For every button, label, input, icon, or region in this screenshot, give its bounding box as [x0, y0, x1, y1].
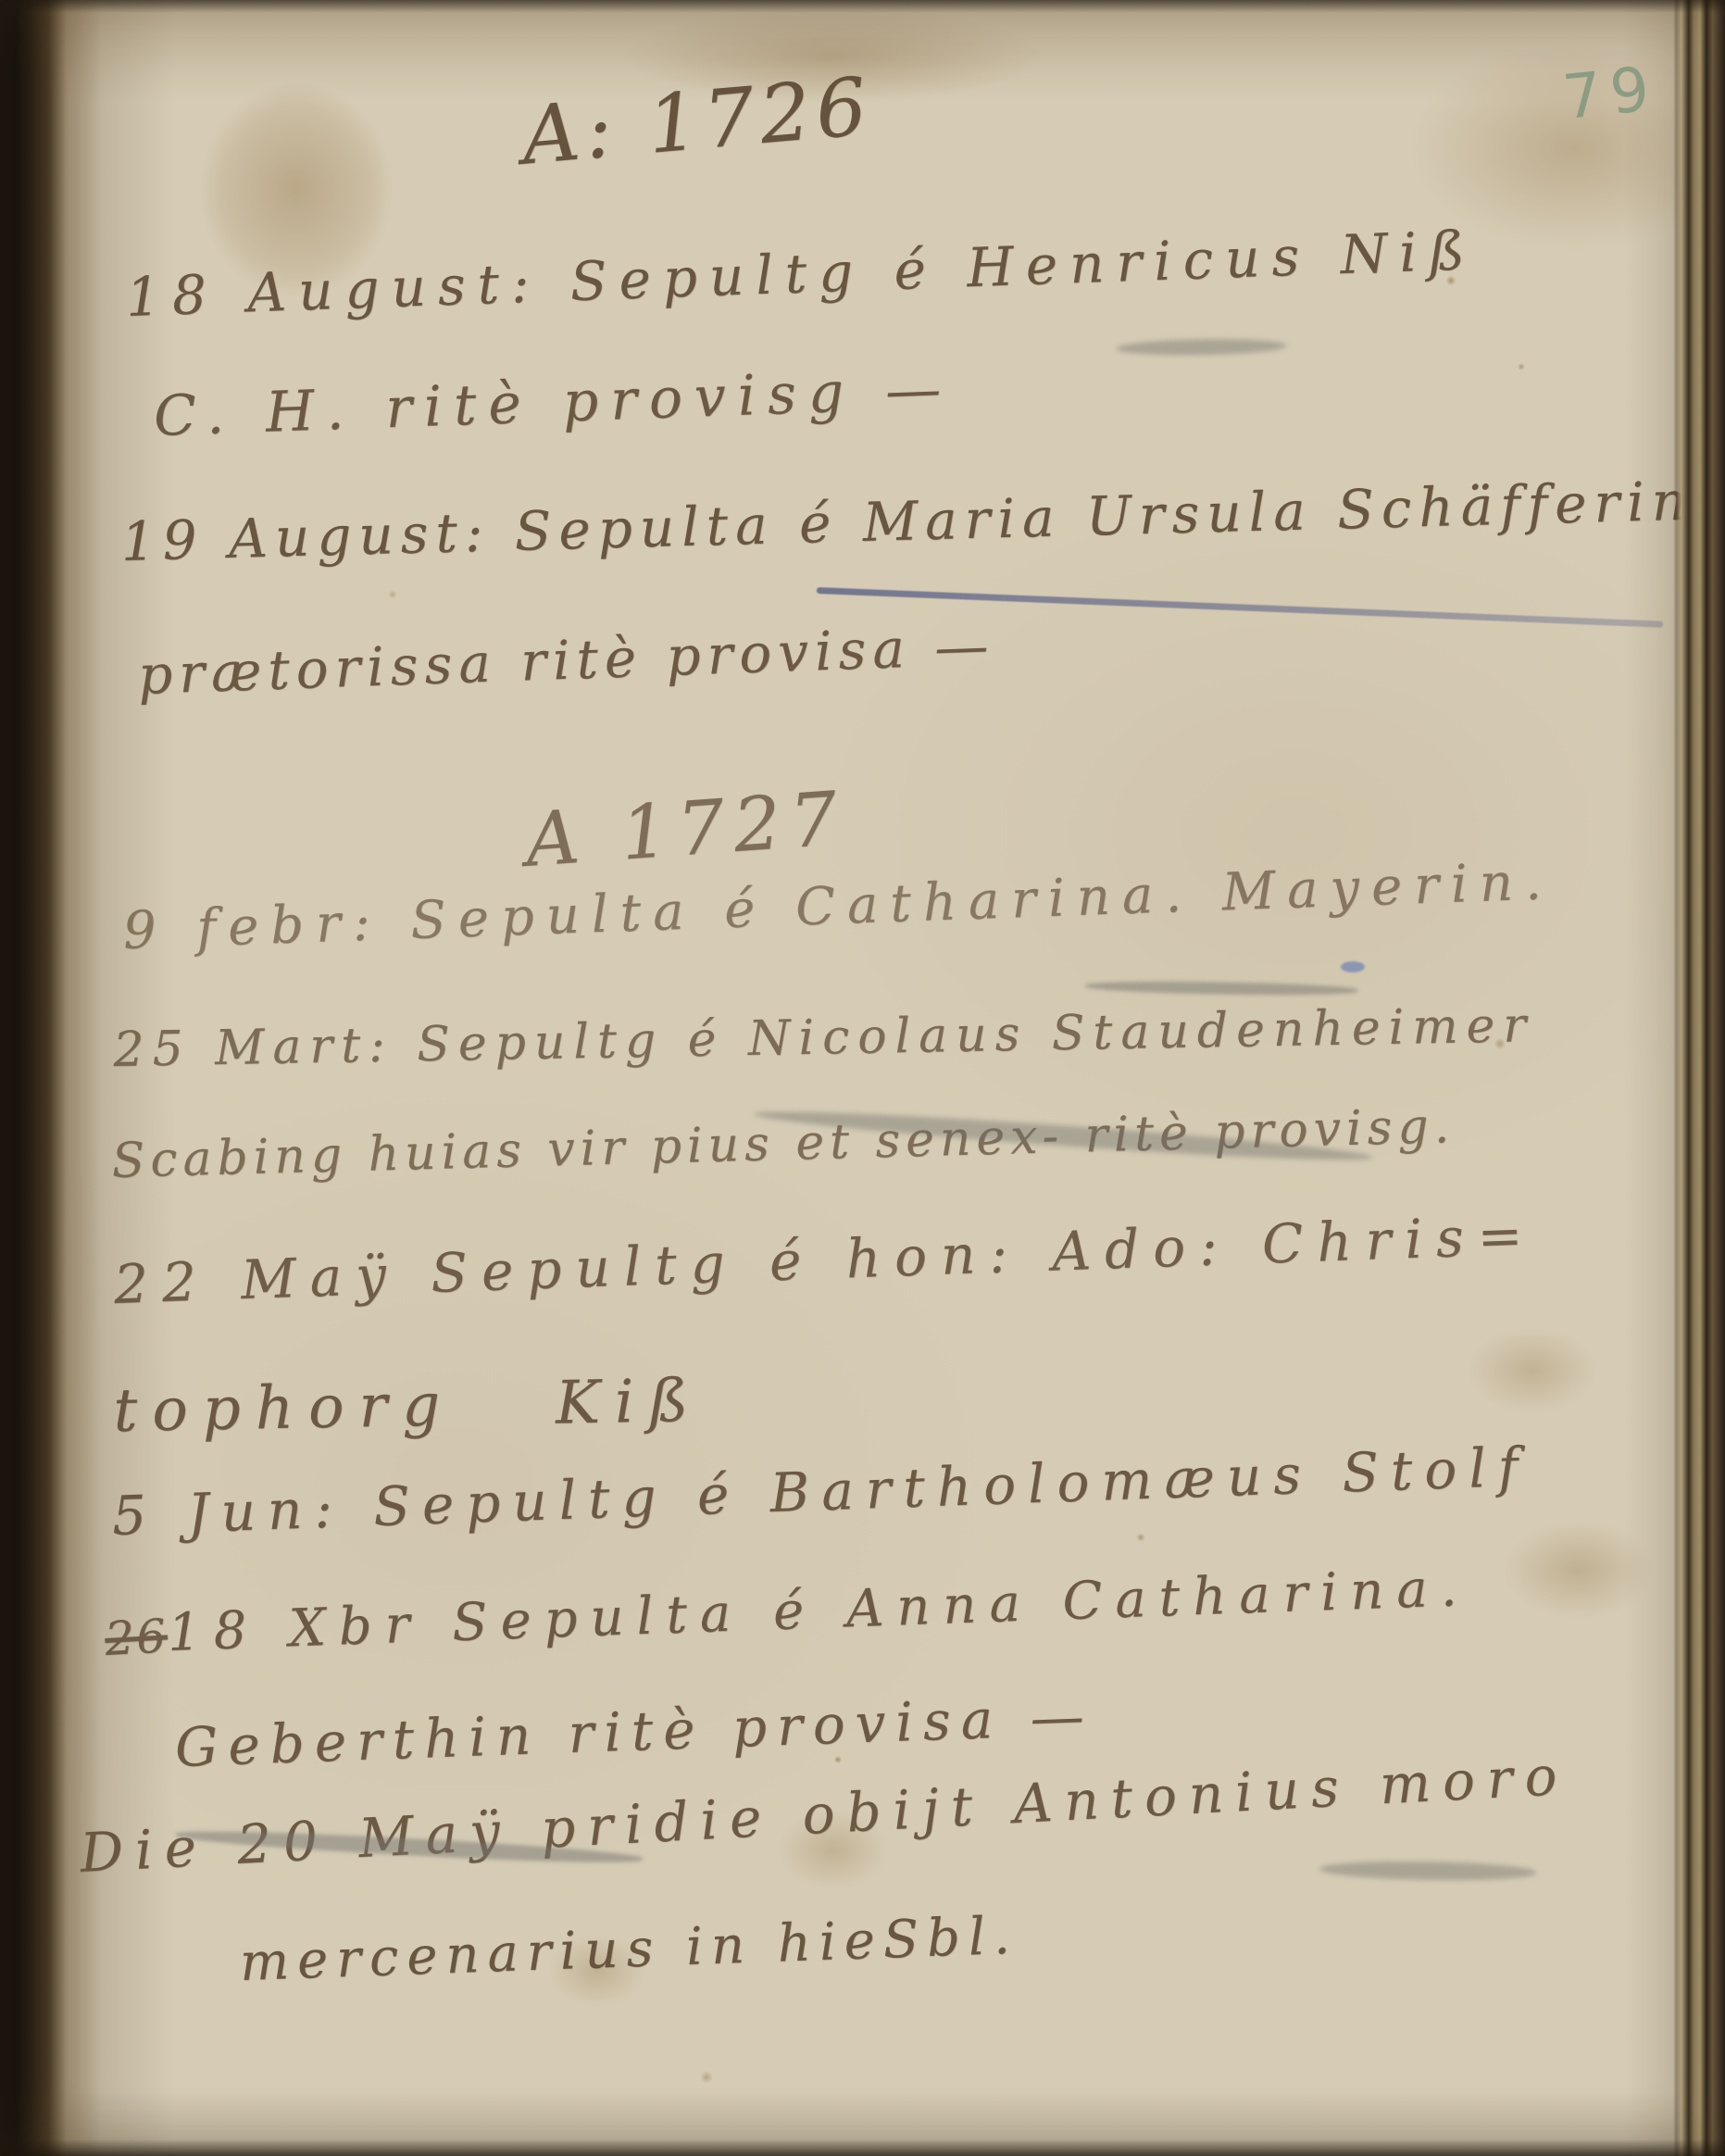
smudge-under-niss: [1116, 338, 1287, 357]
entry-25-mart: 25 Mart: Sepultg é Nicolaus Staudenheime…: [113, 1001, 1535, 1074]
entry-18-xbr-line2: Geberthin ritè provisa —: [174, 1688, 1094, 1774]
blue-speck: [1341, 961, 1365, 972]
entry-9-febr: 9 febr: Sepulta é Catharina. Mayerin.: [122, 856, 1555, 958]
scan-bottom-edge: [0, 2139, 1725, 2156]
entry-22-may-line2: tophorg Kiß: [113, 1372, 704, 1441]
year-header-1727: A 1727: [523, 782, 849, 878]
scanned-register-page: 79 A: 172618 August: Sepultg é Henricus …: [0, 0, 1725, 2156]
entry-die-20-may-line2: mercenarius in hieSbl.: [239, 1911, 1019, 1989]
entry-5-jun: 5 Jun: Sepultg é Bartholomæus Stolf: [111, 1440, 1531, 1543]
entry-19-august-line2: prætorissa ritè provisa —: [137, 619, 995, 702]
entry-19-august: 19 August: Sepulta é Maria Ursula Schäff…: [120, 474, 1694, 569]
entry-22-may: 22 Maÿ Sepultg é hon: Ado: Chris=: [113, 1208, 1537, 1311]
book-fore-edge: [1673, 0, 1725, 2156]
book-spine-edge: [0, 0, 102, 2156]
year-header-1726: A: 1726: [519, 67, 875, 177]
scan-top-edge: [0, 0, 1725, 13]
entry-18-xbr-strikeout: 26: [104, 1612, 169, 1661]
page-number: 79: [1559, 53, 1660, 133]
smudge-moro: [1319, 1860, 1537, 1882]
underline-mayerin: [1085, 980, 1358, 997]
entry-18-august-line2: C. H. ritè provisg —: [153, 361, 954, 445]
entry-18-xbr: 18 Xbr Sepulta é Anna Catharina.: [167, 1562, 1470, 1660]
entry-18-august: 18 August: Sepultg é Henricus Niß: [125, 223, 1477, 324]
